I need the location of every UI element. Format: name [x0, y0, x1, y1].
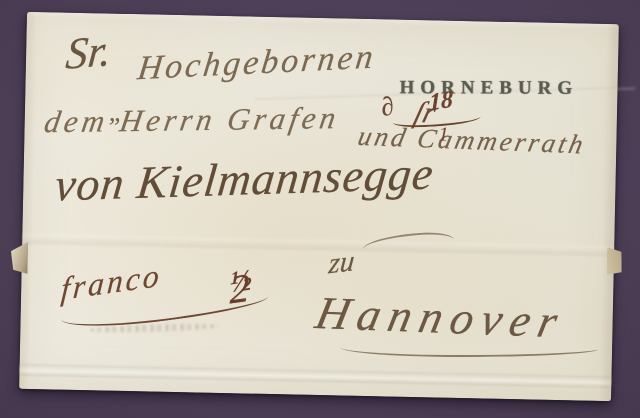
photo-stage: HORNEBURG Sr. „ Hochgebornen dem Herrn G… — [0, 0, 640, 418]
address-line3: von Kielmannsegge — [53, 146, 437, 211]
letter-cover: HORNEBURG Sr. „ Hochgebornen dem Herrn G… — [19, 12, 619, 401]
address-line2a: dem Herrn Grafen — [42, 100, 343, 140]
rate-fraction-denominator: 1 — [438, 123, 448, 146]
franco-notation: franco — [60, 256, 163, 308]
paper-edge-shading-right — [599, 24, 619, 401]
hannover-underline — [340, 341, 598, 359]
fold-flap-left — [11, 242, 29, 274]
rate-fraction-numerator: 18 — [429, 86, 453, 117]
address-honorific: Sr. — [64, 25, 114, 80]
rate-half: ½ — [230, 263, 252, 300]
fold-flap-right — [607, 246, 623, 276]
address-line4: zu — [327, 245, 356, 282]
address-line1: Hochgebornen — [135, 38, 378, 88]
paper-fold-crease — [22, 234, 614, 256]
paper-edge-shading-left — [19, 12, 37, 389]
address-line5: Hannover — [311, 286, 570, 348]
paper-crease-bottom — [19, 364, 611, 388]
